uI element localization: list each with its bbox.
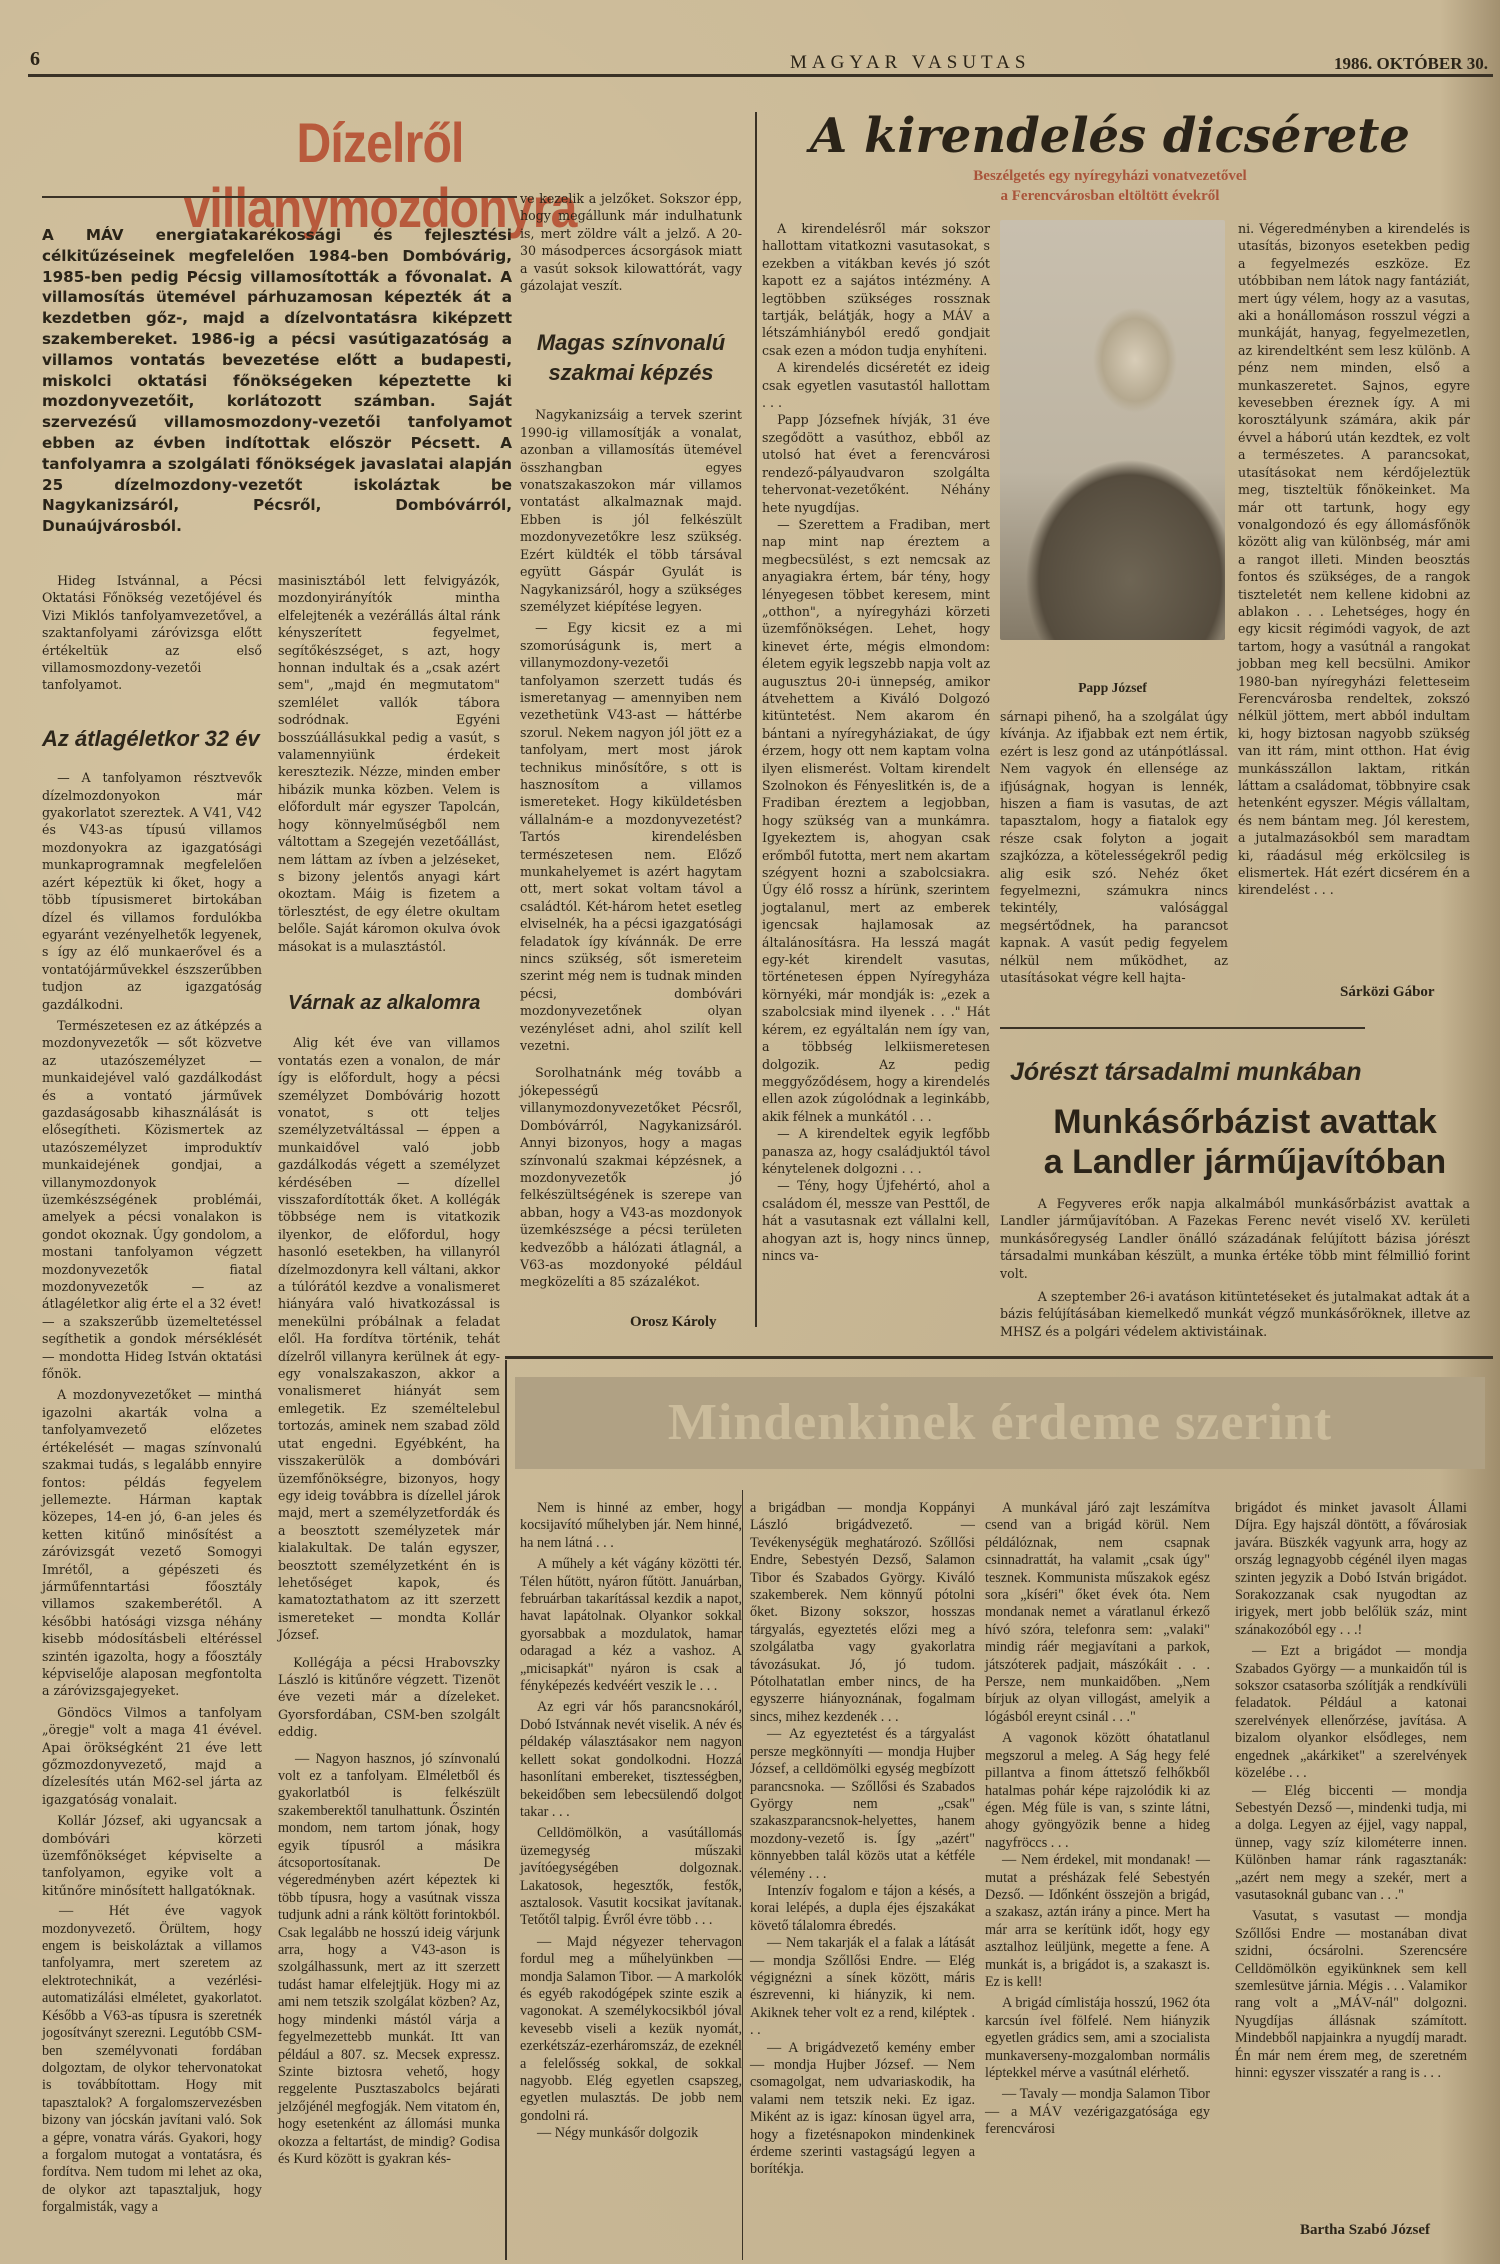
body-paragraph: Természetesen ez az átképzés a mozdonyve… [42,1017,262,1383]
page-number: 6 [30,48,40,71]
body-paragraph: — Szerettem a Fradiban, mert nap mint na… [762,516,990,1125]
column-1: A kirendelésről már sokszor hallottam vi… [762,220,990,1264]
body-paragraph: — Nem takarják el a falak a látását — mo… [750,1935,975,2039]
body-paragraph: Kollégája a pécsi Hrabovszky László is k… [278,1654,500,1741]
body-paragraph: A kirendelésről már sokszor hallottam vi… [762,220,990,359]
subheading-text: Magas színvonalú szakmai képzés [537,330,725,385]
column-2: masinisztából lett felvigyázók, mozdonyi… [278,572,500,2168]
section-rule [1000,1027,1365,1029]
section-rule [505,1356,1493,1359]
article-kicker: Jórészt társadalmi munkában [1010,1058,1362,1087]
article-subtitle: Beszélgetés egy nyíregyházi vonatvezetőv… [760,166,1460,206]
subheading: Várnak az alkalomra [288,995,500,1012]
body-paragraph: Göndöcs Vilmos a tanfolyam „öregje" volt… [42,1704,262,1808]
body-paragraph: — Tény, hogy Újfehértó, ahol a családom … [762,1177,990,1264]
column-2: a brigádban — mondja Koppányi László bri… [750,1500,975,2179]
column-1: Nem is hinné az ember, hogy kocsijavító … [520,1500,742,2143]
body-paragraph: — A kirendeltek egyik legfőbb panasza az… [762,1125,990,1177]
subheading: Magas színvonalú szakmai képzés [520,328,742,388]
portrait-photo [1000,220,1225,640]
body-paragraph: A mozdonyvezetőket — minthá igazolni aka… [42,1386,262,1699]
column-4: brigádot és minket javasolt Állami Díjra… [1235,1500,1467,2082]
body-paragraph: — A tanfolyamon résztvevők dízelmozdonyo… [42,769,262,1013]
article-lead: A MÁV energiatakarékossági és fejlesztés… [42,225,512,537]
title-rule [42,196,517,198]
body-paragraph: masinisztából lett felvigyázók, mozdonyi… [278,572,500,955]
column-3: ni. Végeredményben a kirendelés is utasí… [1238,220,1470,899]
body-paragraph: Nagykanizsáig a tervek szerint 1990-ig v… [520,406,742,615]
body-paragraph: — Nem érdekel, mit mondanak! — mutat a p… [985,1852,1210,1991]
article-title: Mindenkinek érdeme szerint [515,1377,1485,1469]
body-paragraph: a brigádban — mondja Koppányi László bri… [750,1500,975,1726]
author-byline: Sárközi Gábor [1340,984,1435,1001]
body-paragraph: Alig két éve van villamos vontatás ezen … [278,1034,500,1643]
header-rule [28,74,1493,77]
subheading: Az átlagéletkor 32 év [42,730,262,747]
body-paragraph: Vasutat, s vasutast — mondja Szőllősi En… [1235,1908,1467,2082]
body-paragraph: A vagonok között óhatatlanul megszorul a… [985,1730,1210,1852]
author-byline: Orosz Károly [630,1314,717,1331]
body-paragraph: A Fegyveres erők napja alkalmából munkás… [1000,1195,1470,1282]
body-paragraph: Celldömölkön, a vasútállomás üzemegység … [520,1825,742,1929]
column-divider [505,1360,507,2260]
article-banner: Mindenkinek érdeme szerint [515,1377,1485,1469]
body-paragraph: A munkával járó zajt leszámítva csend va… [985,1500,1210,1726]
body-paragraph: brigádot és minket javasolt Állami Díjra… [1235,1500,1467,1639]
issue-date: 1986. OKTÓBER 30. [1334,54,1488,74]
column-1: Hideg Istvánnal, a Pécsi Oktatási Főnöks… [42,572,262,2217]
body-paragraph: Sorolhatnánk még tovább a jókepességű vi… [520,1064,742,1290]
title-line: a Landler járműjavítóban [1020,1142,1470,1182]
body-paragraph: Intenzív fogalom e tájon a késés, a kora… [750,1883,975,1935]
body-paragraph: — A brigádvezető kemény ember — mondja H… [750,2040,975,2179]
body-paragraph: A brigád címlistája hosszú, 1962 óta kar… [985,1995,1210,2082]
body-paragraph: ve kezelik a jelzőket. Sokszor épp, hogy… [520,190,742,294]
body-paragraph: — Tavaly — mondja Salamon Tibor — a MÁV … [985,2086,1210,2138]
body-paragraph: — Nagyon hasznos, jó színvonalú volt ez … [278,1751,500,2169]
body-paragraph: Nem is hinné az ember, hogy kocsijavító … [520,1500,742,1552]
body-paragraph: A szeptember 26-i avatáson kitüntetéseke… [1000,1288,1470,1340]
article-title: Munkásőrbázist avattak a Landler járműja… [1020,1102,1470,1182]
body-paragraph: — Elég biccenti — mondja Sebestyén Dezső… [1235,1783,1467,1905]
body-paragraph: A műhely a két vágány közötti tér. Télen… [520,1556,742,1695]
body-paragraph: Az egri vár hős parancsnokáról, Dobó Ist… [520,1699,742,1821]
column-3: A munkával járó zajt leszámítva csend va… [985,1500,1210,2139]
body-paragraph: — Ezt a brigádot — mondja Szabados Györg… [1235,1643,1467,1782]
column-divider [742,1490,743,2260]
column-divider [755,112,757,1327]
subtitle-line: a Ferencvárosban eltöltött évekről [760,186,1460,206]
intro-paragraph: Hideg Istvánnal, a Pécsi Oktatási Főnöks… [42,572,262,694]
subtitle-line: Beszélgetés egy nyíregyházi vonatvezetőv… [760,166,1460,186]
body-paragraph: — Egy kicsit ez a mi szomorúságunk is, m… [520,619,742,1054]
body-paragraph: Kollár József, aki ugyancsak a dombóvári… [42,1812,262,1899]
body-paragraph: — Négy munkásőr dolgozik [520,2125,742,2142]
body-paragraph: — Az egyeztetést és a tárgyalást persze … [750,1726,975,1883]
body-paragraph: Papp Józsefnek hívják, 31 éve szegődött … [762,411,990,515]
body-paragraph: — Hét éve vagyok mozdonyvezető. Örültem,… [42,1903,262,2216]
title-line: Munkásőrbázist avattak [1020,1102,1470,1142]
article-body: A Fegyveres erők napja alkalmából munkás… [1000,1195,1470,1340]
photo-caption: Papp József [1000,680,1225,696]
body-paragraph: ni. Végeredményben a kirendelés is utasí… [1238,220,1470,899]
body-paragraph: sárnapi pihenő, ha a szolgálat úgy kíván… [1000,708,1228,987]
column-2: sárnapi pihenő, ha a szolgálat úgy kíván… [1000,708,1228,987]
article-title: A kirendelés dicsérete [760,108,1460,164]
body-paragraph: — Majd négyezer teherva­gon fordul meg a… [520,1934,742,2125]
author-byline: Bartha Szabó József [1300,2222,1430,2239]
masthead: MAGYAR VASUTAS [790,52,1030,74]
body-paragraph: A kirendelés dicséretét ez ideig csak eg… [762,359,990,411]
column-3: ve kezelik a jelzőket. Sokszor épp, hogy… [520,190,742,1291]
